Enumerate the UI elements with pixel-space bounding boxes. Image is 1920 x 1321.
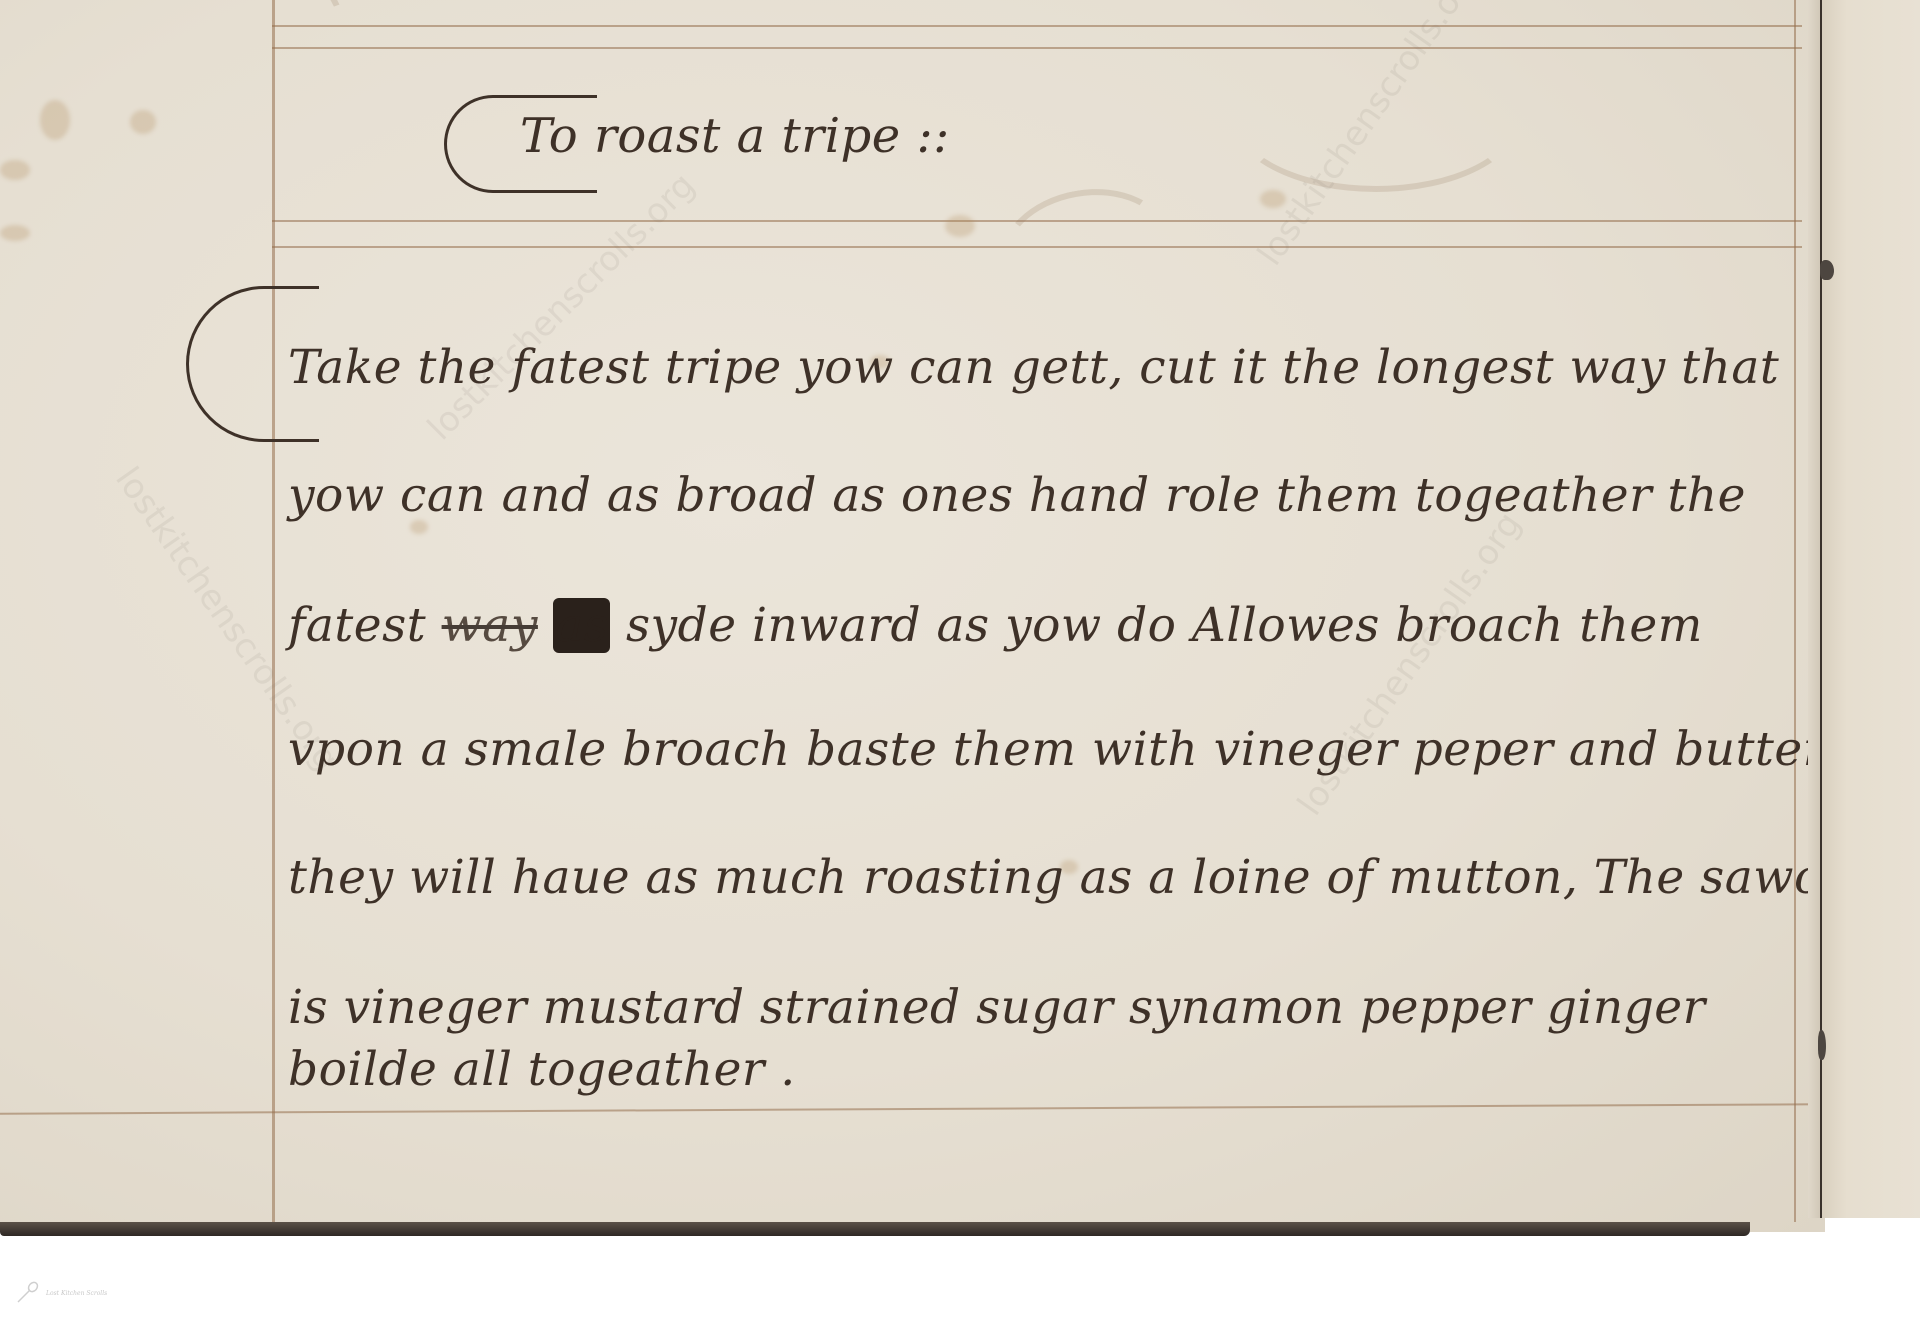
line-3-start: fatest bbox=[288, 598, 426, 653]
manuscript-page: lostkitchenscrolls.org lostkitchenscroll… bbox=[0, 0, 1825, 1232]
struck-word: way bbox=[442, 598, 538, 653]
binding-nail bbox=[1818, 1030, 1826, 1060]
stain bbox=[945, 215, 975, 237]
watermark: lostkitchenscrolls.org bbox=[420, 165, 703, 448]
left-margin-rule bbox=[272, 0, 275, 1222]
recipe-line-3: fatest way as syde inward as yow do Allo… bbox=[288, 598, 1703, 653]
show-through-stroke bbox=[118, 0, 374, 130]
show-through-stroke bbox=[991, 176, 1182, 326]
line-3-rest: syde inward as yow do Allowes broach the… bbox=[626, 598, 1703, 653]
right-margin-rule bbox=[1794, 0, 1796, 1222]
ink-blot-word: as bbox=[553, 598, 610, 653]
recipe-line-4: vpon a smale broach baste them with vine… bbox=[288, 722, 1826, 777]
recipe-line-6: is vineger mustard strained sugar synamo… bbox=[288, 980, 1706, 1035]
top-rule-1 bbox=[272, 25, 1802, 27]
recipe-title: To roast a tripe :: bbox=[520, 108, 950, 164]
stain bbox=[0, 160, 30, 180]
footer-logo: Lost Kitchen Scrolls bbox=[14, 1280, 107, 1306]
stain bbox=[130, 110, 156, 134]
page-bottom-edge bbox=[0, 1222, 1750, 1236]
recipe-line-5: they will haue as much roasting as a loi… bbox=[288, 850, 1849, 905]
adjacent-leaf bbox=[1820, 0, 1920, 1218]
spoon-logo-icon bbox=[14, 1280, 40, 1306]
recipe-line-7: boilde all togeather . bbox=[288, 1042, 796, 1097]
binding-nail bbox=[1820, 260, 1834, 280]
footer-logo-text: Lost Kitchen Scrolls bbox=[46, 1290, 107, 1297]
recipe-line-2: yow can and as broad as ones hand role t… bbox=[288, 468, 1746, 523]
top-rule-2 bbox=[272, 47, 1802, 49]
recipe-line-1: Take the fatest tripe yow can gett, cut … bbox=[288, 340, 1779, 395]
scan-canvas: lostkitchenscrolls.org lostkitchenscroll… bbox=[0, 0, 1920, 1321]
stain bbox=[40, 100, 70, 140]
stain bbox=[0, 225, 30, 241]
